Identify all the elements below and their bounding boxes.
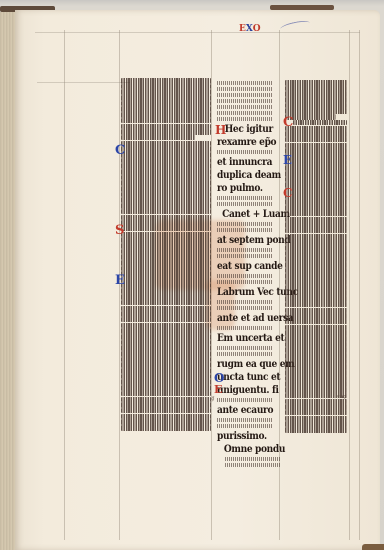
running-header: EXO <box>239 24 261 34</box>
flourish <box>279 19 310 33</box>
ruling-line <box>64 30 65 540</box>
main-text-line: et innuncra <box>217 156 274 169</box>
decorated-initial: E <box>283 153 292 167</box>
main-text-line: Em uncerta et <box>217 332 274 345</box>
main-text-line: duplica deam <box>217 169 274 182</box>
main-text-line: Omne pondu <box>217 443 274 456</box>
decorated-initial: H <box>215 123 226 137</box>
main-text-line: Labrum Vec tunc <box>217 286 274 299</box>
main-text-line: ante ecauro <box>217 404 274 417</box>
ruling-line <box>37 82 130 83</box>
main-text-line: at septem pond <box>217 234 274 247</box>
main-text-line: purissimo. <box>217 430 274 443</box>
binding-edge <box>362 544 384 550</box>
header-letter: O <box>253 24 261 34</box>
catchword: vnꝯ <box>337 394 346 400</box>
main-text-line: Canet + Luam <box>217 208 274 221</box>
main-text-line: rugm ea que em <box>217 358 274 371</box>
main-text-line: rexamre ep̃o <box>217 136 274 149</box>
decorated-initial: C <box>283 186 293 200</box>
manuscript-folio: EXO C S E ꝯ̃ <box>15 10 380 550</box>
ruling-line <box>349 30 350 540</box>
main-text-line: ante et ad uersa <box>217 312 274 325</box>
page-edges <box>0 12 16 550</box>
main-text-line: uncta tunc et <box>217 371 274 384</box>
book: EXO C S E ꝯ̃ <box>0 4 384 550</box>
main-text-line: eat sup cande <box>217 260 274 273</box>
header-letter: X <box>246 24 253 34</box>
main-text-line: uniguentu. fi <box>217 384 274 397</box>
decorated-initial: C <box>115 143 125 158</box>
main-text-column: Hec igitur rexamre ep̃o et innuncra dupl… <box>217 80 283 469</box>
decorated-initial: E <box>115 273 125 288</box>
catchword: ꝯ̃ <box>211 396 214 402</box>
decorated-initial: C <box>283 115 293 130</box>
left-gloss-column <box>121 78 211 431</box>
main-text-line: ro pulmo. <box>217 182 274 195</box>
decorated-initial: S <box>115 223 124 238</box>
decorated-initial: E <box>214 383 222 396</box>
right-gloss-column <box>285 80 347 433</box>
ruling-line <box>359 30 360 540</box>
ruling-line <box>35 32 360 33</box>
header-letter: E <box>239 24 246 34</box>
